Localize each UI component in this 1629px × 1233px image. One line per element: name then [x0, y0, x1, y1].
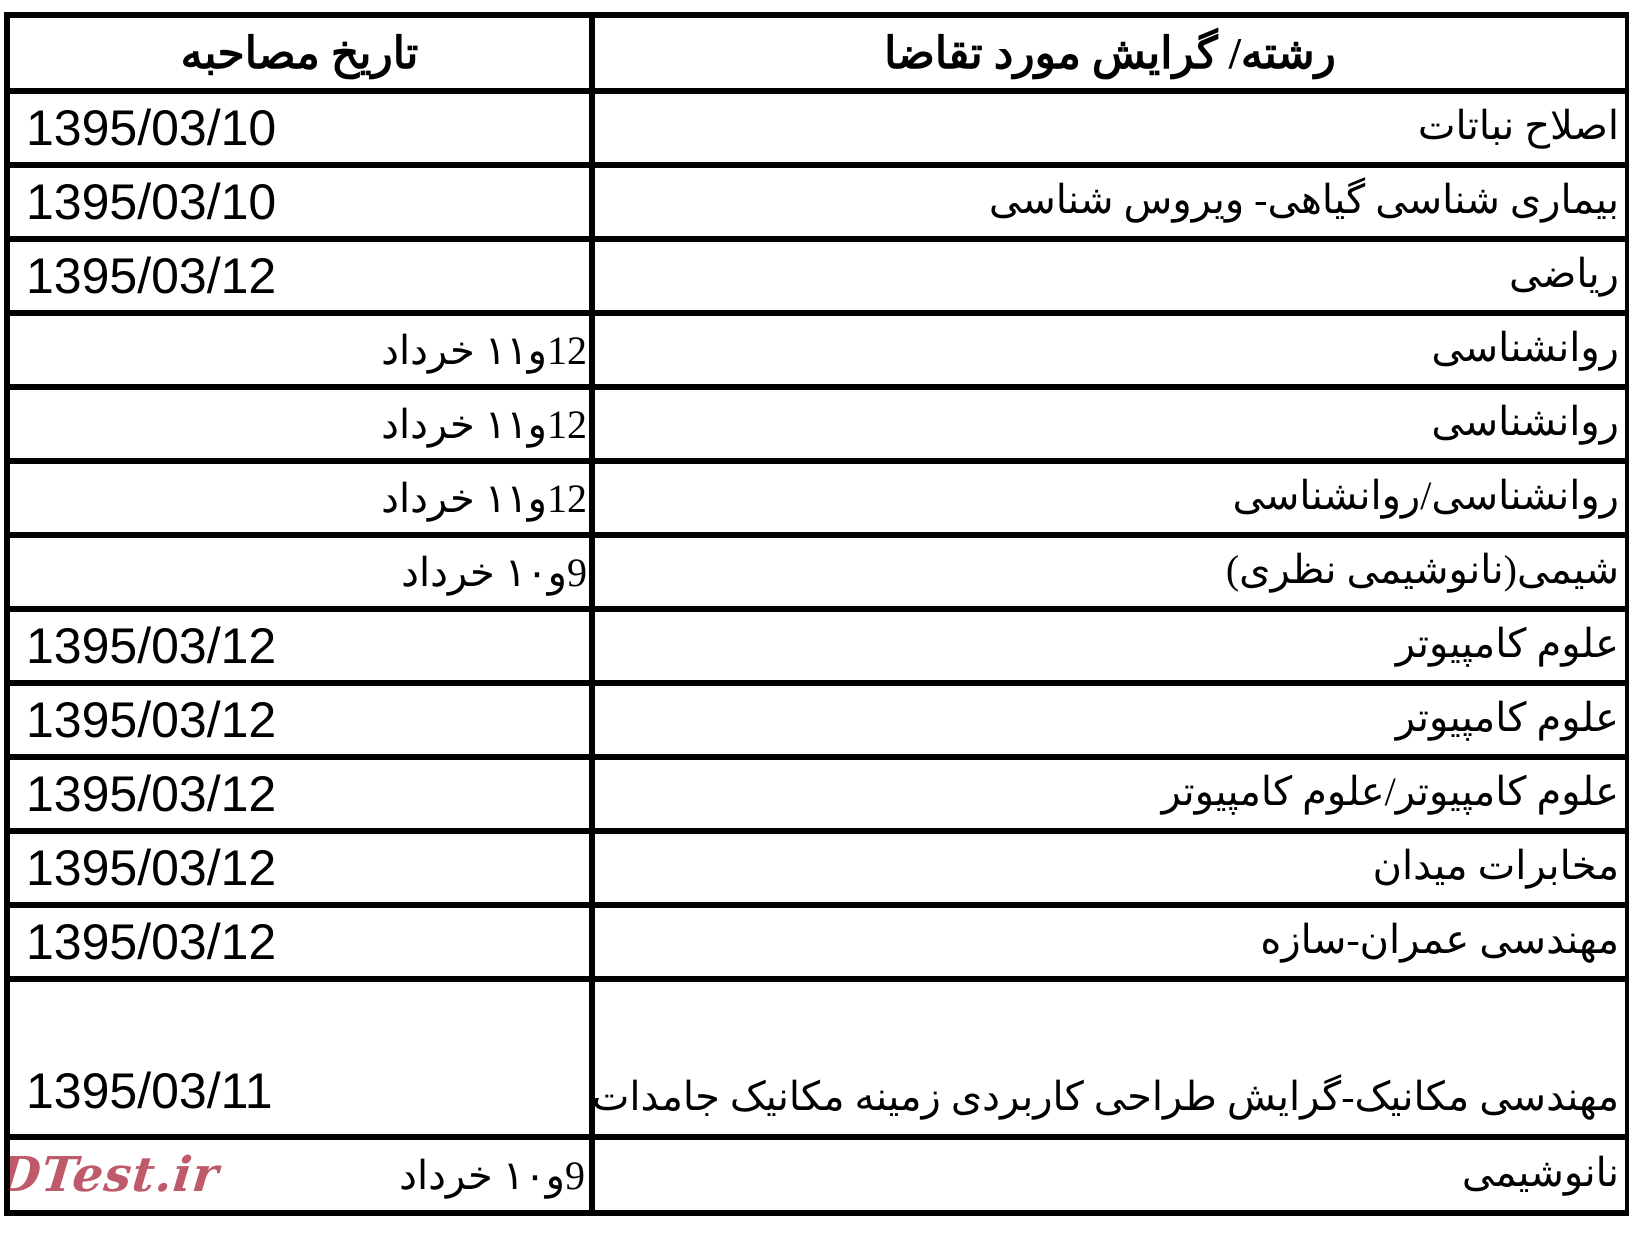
date-cell: 1395/03/11	[7, 979, 592, 1137]
field-cell: روانشناسی	[592, 313, 1628, 387]
table-row: مخابرات میدان1395/03/12	[7, 831, 1628, 905]
date-cell: 1395/03/12	[7, 831, 592, 905]
date-cell: 9و۱۰ خردادPhDTest.ir	[7, 1137, 592, 1213]
table-row: روانشناسی12و۱۱ خرداد	[7, 387, 1628, 461]
field-cell: ریاضی	[592, 239, 1628, 313]
field-cell: اصلاح نباتات	[592, 91, 1628, 165]
date-cell: 9و۱۰ خرداد	[7, 535, 592, 609]
table-row: ریاضی1395/03/12	[7, 239, 1628, 313]
field-cell: مخابرات میدان	[592, 831, 1628, 905]
field-cell: علوم کامپیوتر/علوم کامپیوتر	[592, 757, 1628, 831]
table-row: شیمی(نانوشیمی نظری)9و۱۰ خرداد	[7, 535, 1628, 609]
table-row: اصلاح نباتات1395/03/10	[7, 91, 1628, 165]
field-column-header: رشته/ گرایش مورد تقاضا	[592, 15, 1628, 91]
date-value: 9و۱۰ خرداد	[399, 1152, 587, 1199]
table-row: نانوشیمی9و۱۰ خردادPhDTest.ir	[7, 1137, 1628, 1213]
field-cell: مهندسی مکانیک-گرایش طراحی کاربردی زمینه …	[592, 979, 1628, 1137]
date-cell: 1395/03/12	[7, 239, 592, 313]
phdtest-watermark: PhDTest.ir	[7, 1147, 222, 1203]
header-row: رشته/ گرایش مورد تقاضا تاریخ مصاحبه	[7, 15, 1628, 91]
date-and-watermark: 9و۱۰ خردادPhDTest.ir	[10, 1147, 587, 1203]
table-row: مهندسی مکانیک-گرایش طراحی کاربردی زمینه …	[7, 979, 1628, 1137]
date-cell: 12و۱۱ خرداد	[7, 387, 592, 461]
date-cell: 12و۱۱ خرداد	[7, 461, 592, 535]
table-row: روانشناسی/روانشناسی12و۱۱ خرداد	[7, 461, 1628, 535]
date-cell: 1395/03/12	[7, 609, 592, 683]
field-cell: نانوشیمی	[592, 1137, 1628, 1213]
table-row: مهندسی عمران-سازه1395/03/12	[7, 905, 1628, 979]
field-cell: روانشناسی/روانشناسی	[592, 461, 1628, 535]
interview-schedule-table: رشته/ گرایش مورد تقاضا تاریخ مصاحبه اصلا…	[4, 12, 1629, 1216]
date-cell: 1395/03/10	[7, 91, 592, 165]
field-cell: بیماری شناسی گیاهی- ویروس شناسی	[592, 165, 1628, 239]
field-cell: مهندسی عمران-سازه	[592, 905, 1628, 979]
field-cell: شیمی(نانوشیمی نظری)	[592, 535, 1628, 609]
date-cell: 1395/03/12	[7, 905, 592, 979]
table-row: علوم کامپیوتر1395/03/12	[7, 609, 1628, 683]
field-cell: علوم کامپیوتر	[592, 683, 1628, 757]
table-row: علوم کامپیوتر/علوم کامپیوتر1395/03/12	[7, 757, 1628, 831]
field-cell: علوم کامپیوتر	[592, 609, 1628, 683]
table-row: روانشناسی12و۱۱ خرداد	[7, 313, 1628, 387]
field-cell: روانشناسی	[592, 387, 1628, 461]
interview-schedule: رشته/ گرایش مورد تقاضا تاریخ مصاحبه اصلا…	[4, 12, 1629, 1216]
date-cell: 1395/03/12	[7, 683, 592, 757]
date-column-header: تاریخ مصاحبه	[7, 15, 592, 91]
date-cell: 12و۱۱ خرداد	[7, 313, 592, 387]
table-row: بیماری شناسی گیاهی- ویروس شناسی1395/03/1…	[7, 165, 1628, 239]
date-cell: 1395/03/10	[7, 165, 592, 239]
table-row: علوم کامپیوتر1395/03/12	[7, 683, 1628, 757]
date-cell: 1395/03/12	[7, 757, 592, 831]
